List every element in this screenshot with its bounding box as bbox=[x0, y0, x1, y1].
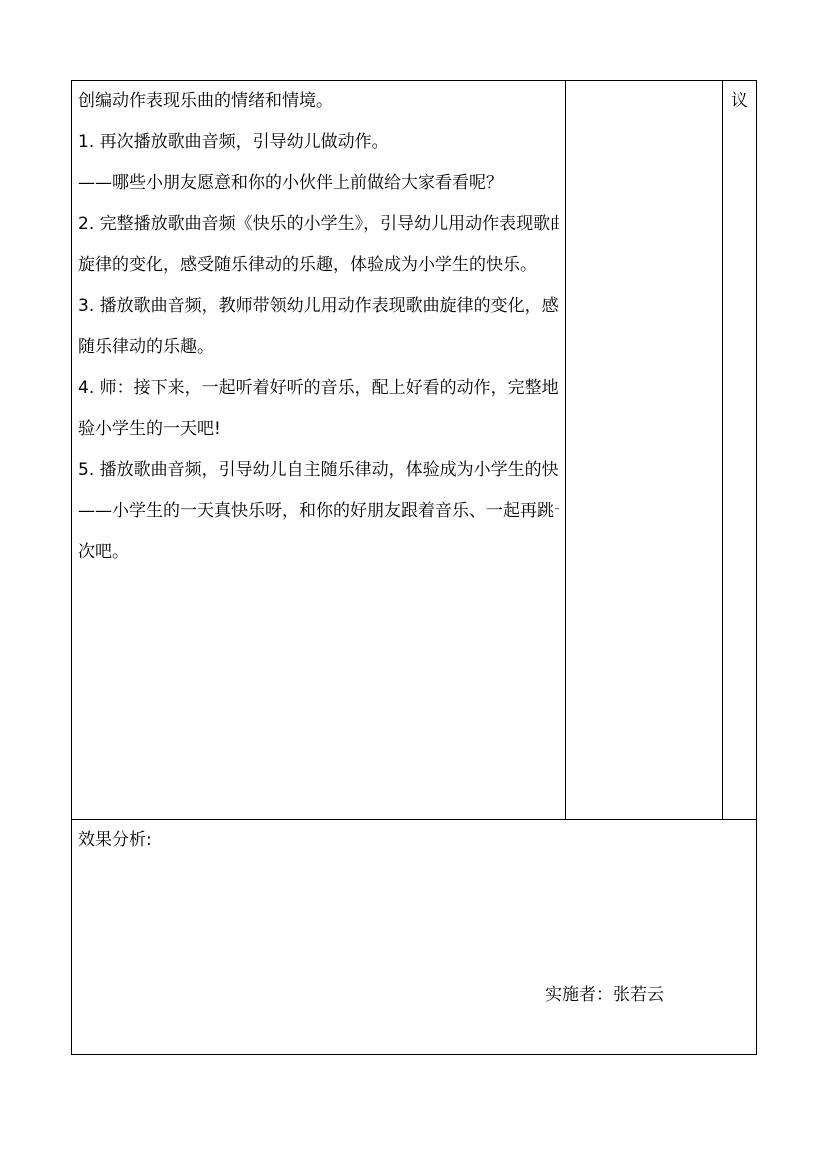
activity-line: 随乐律动的乐趣。 bbox=[78, 327, 559, 368]
side-column-cell: 议 bbox=[723, 81, 756, 819]
activity-line: 验小学生的一天吧! bbox=[78, 409, 559, 450]
activity-line: 4. 师：接下来，一起听着好听的音乐，配上好看的动作，完整地体 bbox=[78, 368, 559, 409]
activity-line: 2. 完整播放歌曲音频《快乐的小学生》，引导幼儿用动作表现歌曲 bbox=[78, 204, 559, 245]
activity-line: 旋律的变化，感受随乐律动的乐趣，体验成为小学生的快乐。 bbox=[78, 245, 559, 286]
document-page: 创编动作表现乐曲的情绪和情境。 1. 再次播放歌曲音频，引导幼儿做动作。 ——哪… bbox=[0, 0, 827, 1170]
activity-row: 创编动作表现乐曲的情绪和情境。 1. 再次播放歌曲音频，引导幼儿做动作。 ——哪… bbox=[72, 81, 756, 820]
effect-analysis-row: 效果分析: 实施者：张若云 bbox=[72, 820, 756, 1054]
implementer-label: 实施者：张若云 bbox=[545, 975, 664, 1016]
lesson-plan-table: 创编动作表现乐曲的情绪和情境。 1. 再次播放歌曲音频，引导幼儿做动作。 ——哪… bbox=[71, 80, 757, 1055]
activity-line: 5. 播放歌曲音频，引导幼儿自主随乐律动，体验成为小学生的快乐。 bbox=[78, 450, 559, 491]
effect-analysis-label: 效果分析: bbox=[78, 820, 750, 861]
side-column-label: 议 bbox=[731, 91, 748, 111]
activity-line: 1. 再次播放歌曲音频，引导幼儿做动作。 bbox=[78, 122, 559, 163]
activity-line: 创编动作表现乐曲的情绪和情境。 bbox=[78, 81, 559, 122]
activity-line: 3. 播放歌曲音频，教师带领幼儿用动作表现歌曲旋律的变化，感受 bbox=[78, 286, 559, 327]
activity-line: ——哪些小朋友愿意和你的小伙伴上前做给大家看看呢？ bbox=[78, 163, 559, 204]
activity-line: 次吧。 bbox=[78, 532, 559, 573]
activity-content-cell: 创编动作表现乐曲的情绪和情境。 1. 再次播放歌曲音频，引导幼儿做动作。 ——哪… bbox=[72, 81, 566, 819]
empty-notes-cell bbox=[566, 81, 723, 819]
activity-line: ——小学生的一天真快乐呀，和你的好朋友跟着音乐、一起再跳一 bbox=[78, 491, 559, 532]
